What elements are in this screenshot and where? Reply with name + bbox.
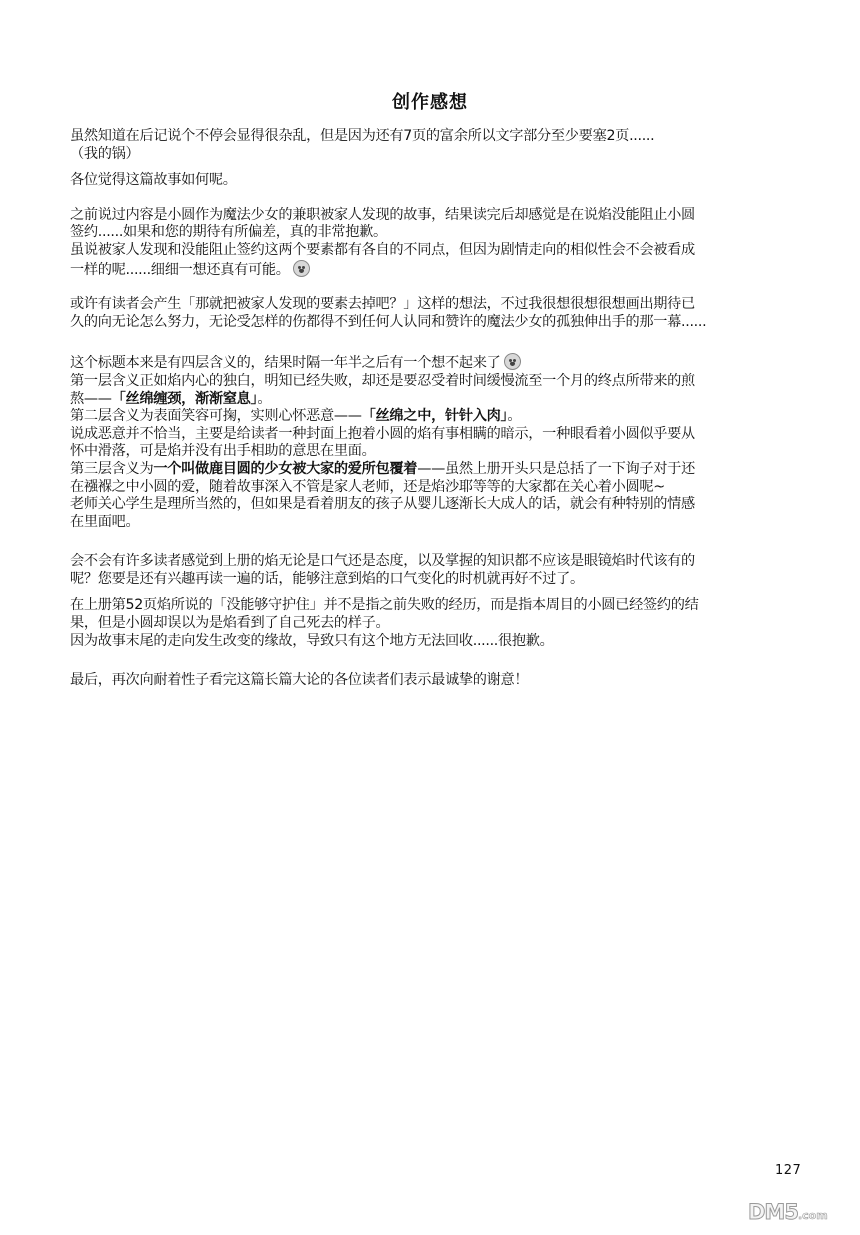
text-segment: 。 [507, 408, 521, 424]
quote-bold: 「丝绵缠颈，渐渐窒息」 [112, 391, 258, 407]
page-title: 创作感想 [0, 88, 860, 114]
paragraph-intro: 虽然知道在后记说个不停会显得很杂乱，但是因为还有7页的富余所以文字部分至少要塞2… [70, 128, 790, 163]
text-line: 虽说被家人发现和没能阻止签约这两个要素都有各自的不同点，但因为剧情走向的相似性会… [70, 242, 790, 260]
laughing-tears-emoji-icon [504, 353, 521, 370]
emphasis-bold: 一个叫做鹿目圆的少女被大家的爱所包覆着 [153, 461, 417, 477]
paragraph-title-meanings: 这个标题本来是有四层含义的，结果时隔一年半之后有一个想不起来了 第一层含义正如焰… [70, 353, 790, 531]
text-line: 最后，再次向耐着性子看完这篇长篇大论的各位读者们表示最诚挚的谢意！ [70, 672, 790, 690]
text-segment: 一样的呢......细细一想还真有可能。 [70, 262, 290, 278]
text-line: 呢？您要是还有兴趣再读一遍的话，能够注意到焰的口气变化的时机就再好不过了。 [70, 571, 790, 589]
text-segment: 第三层含义为 [70, 461, 153, 477]
text-line: 在襁褓之中小圆的爱，随着故事深入不管是家人老师，还是焰沙耶等等的大家都在关心着小… [70, 479, 790, 497]
scream-emoji-icon [293, 260, 310, 277]
paragraph-page52: 在上册第52页焰所说的「没能够守护住」并不是指之前失败的经历，而是指本周目的小圆… [70, 597, 790, 650]
paragraph-homura-tone: 会不会有许多读者感觉到上册的焰无论是口气还是态度，以及掌握的知识都不应该是眼镜焰… [70, 553, 790, 588]
text-line: 第三层含义为一个叫做鹿目圆的少女被大家的爱所包覆着——虽然上册开头只是总括了一下… [70, 461, 790, 479]
text-line: 签约......如果和您的期待有所偏差，真的非常抱歉。 [70, 224, 790, 242]
text-line: 久的向无论怎么努力，无论受怎样的伤都得不到任何人认同和赞许的魔法少女的孤独伸出手… [70, 314, 790, 332]
text-line: 各位觉得这篇故事如何呢。 [70, 172, 790, 190]
dm5-watermark-logo: DM5.com [748, 1200, 828, 1224]
page-number: 127 [775, 1163, 801, 1178]
text-line: 在上册第52页焰所说的「没能够守护住」并不是指之前失败的经历，而是指本周目的小圆… [70, 597, 790, 615]
text-line: 说成恶意并不恰当，主要是给读者一种封面上抱着小圆的焰有事相瞒的暗示，一种眼看着小… [70, 426, 790, 444]
text-segment: 。 [257, 391, 271, 407]
paragraph-question: 各位觉得这篇故事如何呢。 [70, 172, 790, 190]
text-line: 老师关心学生是理所当然的，但如果是看着朋友的孩子从婴儿逐渐长大成人的话，就会有种… [70, 496, 790, 514]
paragraph-motivation: 或许有读者会产生「那就把被家人发现的要素去掉吧？」这样的想法，不过我很想很想很想… [70, 296, 790, 331]
text-line: 因为故事末尾的走向发生改变的缘故，导致只有这个地方无法回收......很抱歉。 [70, 633, 790, 651]
text-line: （我的锅） [70, 146, 790, 164]
text-line: 一样的呢......细细一想还真有可能。 [70, 260, 790, 280]
quote-bold: 「丝绵之中，针针入肉」 [362, 408, 508, 424]
text-line: 之前说过内容是小圆作为魔法少女的兼职被家人发现的故事，结果读完后却感觉是在说焰没… [70, 207, 790, 225]
text-line: 第二层含义为表面笑容可掬，实则心怀恶意——「丝绵之中，针针入肉」。 [70, 408, 790, 426]
watermark-suffix: .com [798, 1209, 828, 1222]
text-segment: 这个标题本来是有四层含义的，结果时隔一年半之后有一个想不起来了 [70, 355, 501, 371]
text-line: 会不会有许多读者感觉到上册的焰无论是口气还是态度，以及掌握的知识都不应该是眼镜焰… [70, 553, 790, 571]
text-line: 在里面吧。 [70, 514, 790, 532]
paragraph-thanks: 最后，再次向耐着性子看完这篇长篇大论的各位读者们表示最诚挚的谢意！ [70, 672, 790, 690]
text-line: 或许有读者会产生「那就把被家人发现的要素去掉吧？」这样的想法，不过我很想很想很想… [70, 296, 790, 314]
watermark-brand: DM5 [748, 1200, 798, 1224]
text-line: 第一层含义正如焰内心的独白，明知已经失败，却还是要忍受着时间缓慢流至一个月的终点… [70, 373, 790, 391]
text-line: 果，但是小圆却误以为是焰看到了自己死去的样子。 [70, 615, 790, 633]
text-line: 熬——「丝绵缠颈，渐渐窒息」。 [70, 391, 790, 409]
text-segment: 熬—— [70, 391, 112, 407]
afterword-body: 虽然知道在后记说个不停会显得很杂乱，但是因为还有7页的富余所以文字部分至少要塞2… [70, 128, 790, 690]
text-line: 虽然知道在后记说个不停会显得很杂乱，但是因为还有7页的富余所以文字部分至少要塞2… [70, 128, 790, 146]
text-line: 这个标题本来是有四层含义的，结果时隔一年半之后有一个想不起来了 [70, 353, 790, 373]
text-line: 怀中滑落，可是焰并没有出手相助的意思在里面。 [70, 443, 790, 461]
text-segment: ——虽然上册开头只是总括了一下询子对于还 [417, 461, 695, 477]
text-segment: 第二层含义为表面笑容可掬，实则心怀恶意—— [70, 408, 362, 424]
paragraph-apology: 之前说过内容是小圆作为魔法少女的兼职被家人发现的故事，结果读完后却感觉是在说焰没… [70, 207, 790, 279]
